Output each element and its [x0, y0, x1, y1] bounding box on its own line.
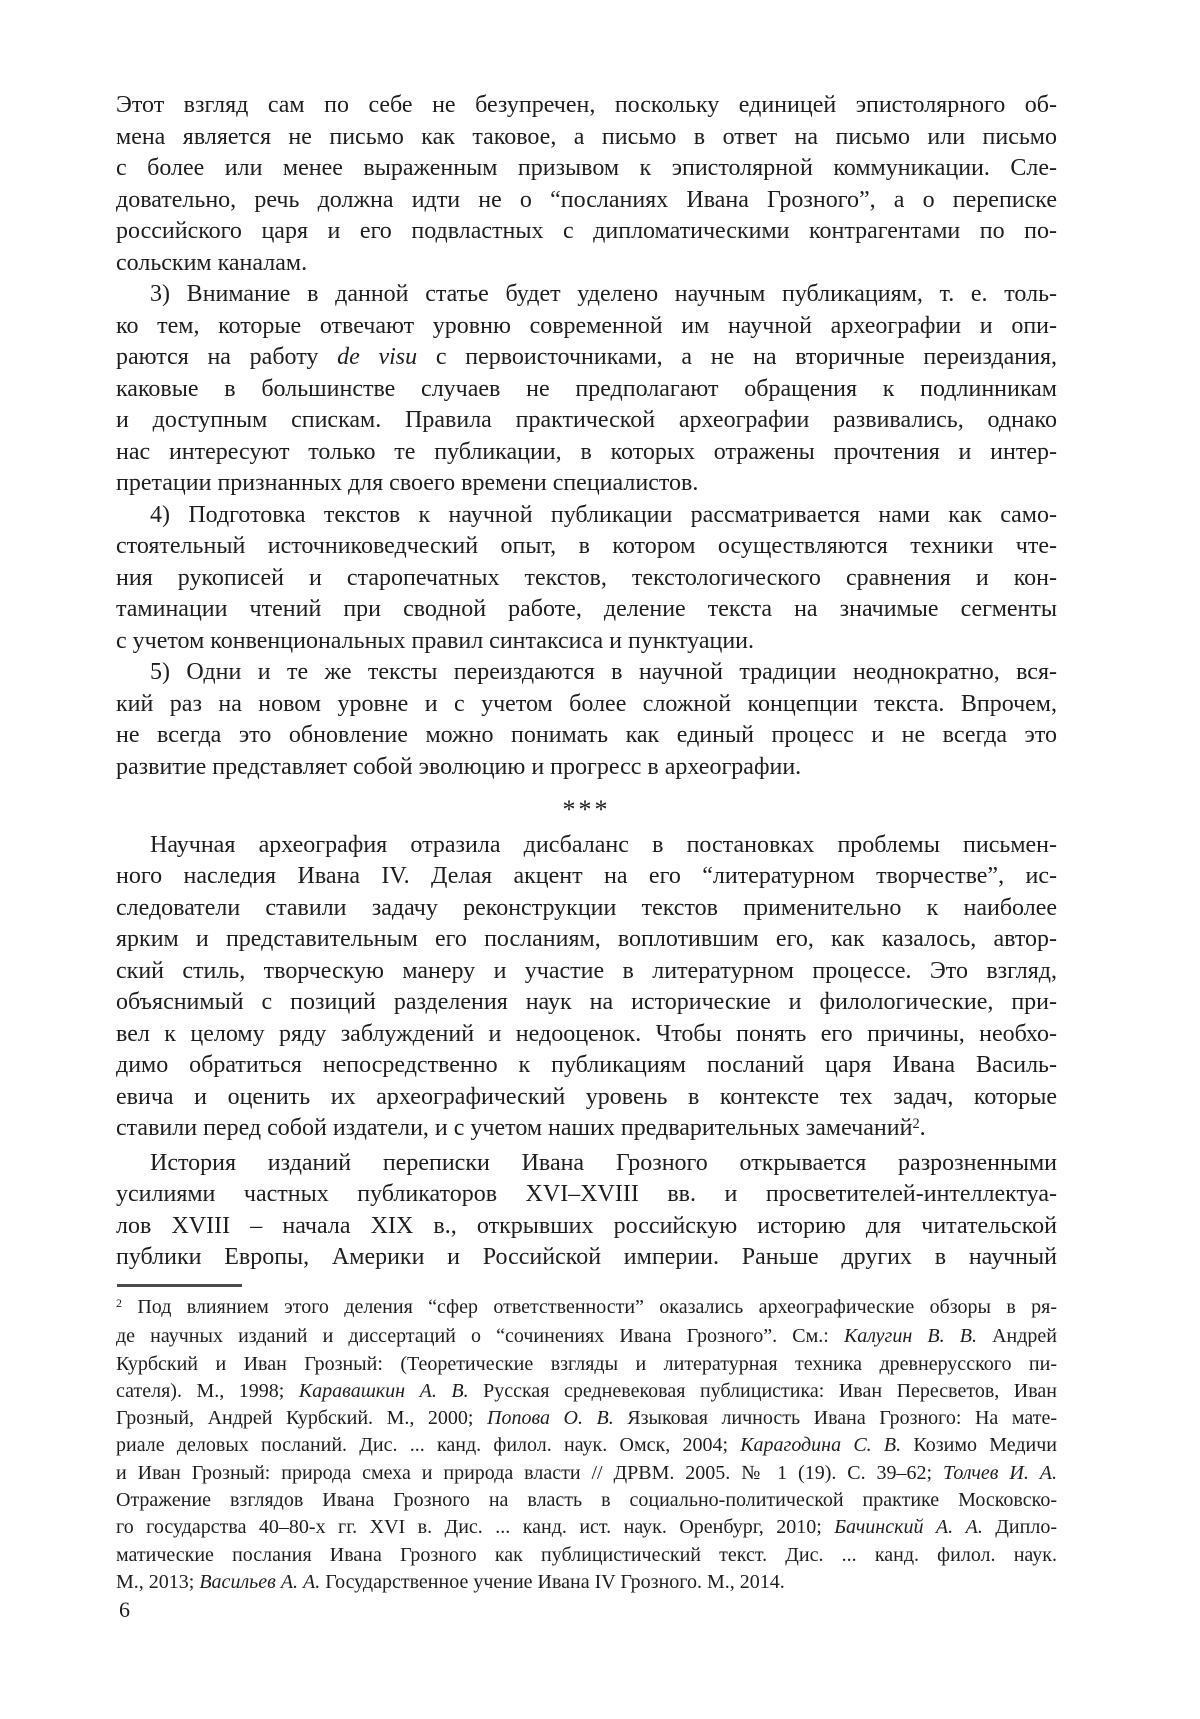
- text-segment: Научная археография отразила дисбаланс в…: [150, 832, 1057, 858]
- text-line: каковые в большинстве случаев не предпол…: [116, 374, 1057, 406]
- text-segment: мена является не письмо как таковое, а п…: [116, 124, 1057, 150]
- text-segment: М., 2013;: [116, 1571, 199, 1593]
- text-segment: Бачинский А. А.: [834, 1516, 983, 1538]
- text-segment: Каравашкин А. В.: [299, 1380, 469, 1402]
- footnote: 2 Под влиянием этого деления “сфер ответ…: [116, 1294, 1057, 1596]
- text-line: сольским каналам.: [116, 248, 1057, 280]
- footnote-line: го государства 40–80-х гг. XVI в. Дис. .…: [116, 1514, 1057, 1541]
- text-segment: Этот взгляд сам по себе не безупречен, п…: [116, 92, 1057, 118]
- text-segment: Попова О. В.: [487, 1407, 614, 1429]
- text-segment: 3) Внимание в данной статье будет уделен…: [150, 281, 1057, 307]
- text-line: Научная археография отразила дисбаланс в…: [116, 830, 1057, 862]
- text-segment: Андрей: [977, 1325, 1057, 1347]
- text-line: претации признанных для своего времени с…: [116, 468, 1057, 500]
- text-segment: усилиями частных публикаторов XVI–XVIII …: [116, 1181, 1057, 1207]
- text-line: 5) Одни и те же тексты переиздаются в на…: [116, 657, 1057, 689]
- footnote-line: Курбский и Иван Грозный: (Теоретические …: [116, 1351, 1057, 1378]
- text-segment: ярким и представительным его посланиям, …: [116, 926, 1057, 952]
- text-line: таминации чтений при сводной работе, дел…: [116, 594, 1057, 626]
- text-segment: Васильев А. А.: [199, 1571, 320, 1593]
- paragraph: 5) Одни и те же тексты переиздаются в на…: [116, 657, 1057, 783]
- footnote-line: сателя). М., 1998; Каравашкин А. В. Русс…: [116, 1378, 1057, 1405]
- text-segment: ного наследия Ивана IV. Делая акцент на …: [116, 863, 1057, 889]
- book-page: Этот взгляд сам по себе не безупречен, п…: [0, 0, 1200, 1719]
- text-segment: Калугин В. В.: [844, 1325, 977, 1347]
- text-line: Этот взгляд сам по себе не безупречен, п…: [116, 90, 1057, 122]
- paragraph: 3) Внимание в данной статье будет уделен…: [116, 279, 1057, 500]
- footnote-line: де научных изданий и диссертаций о “сочи…: [116, 1323, 1057, 1350]
- text-segment: 4) Подготовка текстов к научной публикац…: [150, 502, 1057, 528]
- footnote-line: Отражение взглядов Ивана Грозного на вла…: [116, 1487, 1057, 1514]
- text-segment: таминации чтений при сводной работе, дел…: [116, 596, 1057, 622]
- text-segment: 5) Одни и те же тексты переиздаются в на…: [150, 659, 1057, 685]
- text-line: довательно, речь должна идти не о “посла…: [116, 185, 1057, 217]
- text-segment: Языковая личность Ивана Грозного: На мат…: [614, 1407, 1057, 1429]
- paragraph: Этот взгляд сам по себе не безупречен, п…: [116, 90, 1057, 279]
- text-line: публики Европы, Америки и Российской имп…: [116, 1242, 1057, 1274]
- footnote-line: риале деловых посланий. Дис. ... канд. ф…: [116, 1432, 1057, 1459]
- text-segment: развитие представляет собой эволюцию и п…: [116, 754, 801, 780]
- text-line: ного наследия Ивана IV. Делая акцент на …: [116, 861, 1057, 893]
- text-line: ставили перед собой издатели, и с учетом…: [116, 1113, 1057, 1148]
- text-segment: Государственное учение Ивана IV Грозного…: [320, 1571, 785, 1593]
- text-line: История изданий переписки Ивана Грозного…: [116, 1148, 1057, 1180]
- text-line: ко тем, которые отвечают уровню современ…: [116, 311, 1057, 343]
- text-segment: объяснимый с позиций разделения наук на …: [116, 989, 1057, 1015]
- text-line: и доступным спискам. Правила практическо…: [116, 405, 1057, 437]
- text-segment: следователи ставили задачу реконструкции…: [116, 895, 1057, 921]
- text-line: ния рукописей и старопечатных текстов, т…: [116, 563, 1057, 595]
- text-segment: Дипло-: [983, 1516, 1057, 1538]
- text-segment: ния рукописей и старопечатных текстов, т…: [116, 565, 1057, 591]
- text-segment: Курбский и Иван Грозный: (Теоретические …: [116, 1353, 1057, 1375]
- text-segment: публики Европы, Америки и Российской имп…: [116, 1244, 1057, 1270]
- text-segment: и Иван Грозный: природа смеха и природа …: [116, 1462, 943, 1484]
- text-segment: Карагодина С. В.: [740, 1434, 901, 1456]
- text-line: ярким и представительным его посланиям, …: [116, 924, 1057, 956]
- text-segment: не всегда это обновление можно понимать …: [116, 722, 1057, 748]
- paragraph: Научная археография отразила дисбаланс в…: [116, 830, 1057, 1148]
- paragraph: История изданий переписки Ивана Грозного…: [116, 1148, 1057, 1274]
- text-line: развитие представляет собой эволюцию и п…: [116, 752, 1057, 784]
- text-line: с учетом конвенциональных правил синтакс…: [116, 626, 1057, 658]
- text-segment: с более или менее выраженным призывом к …: [116, 155, 1057, 181]
- text-segment: евича и оценить их археографический уров…: [116, 1084, 1057, 1110]
- text-line: кий раз на новом уровне и с учетом более…: [116, 689, 1057, 721]
- footnote-line: матические послания Ивана Грозного как п…: [116, 1542, 1057, 1569]
- text-line: объяснимый с позиций разделения наук на …: [116, 987, 1057, 1019]
- page-number: 6: [119, 1598, 130, 1622]
- text-line: российского царя и его подвластных с дип…: [116, 216, 1057, 248]
- text-segment: ставили перед собой издатели, и с учетом…: [116, 1115, 912, 1141]
- text-line: мена является не письмо как таковое, а п…: [116, 122, 1057, 154]
- text-segment: История изданий переписки Ивана Грозного…: [150, 1150, 1057, 1176]
- text-segment: с учетом конвенциональных правил синтакс…: [116, 628, 754, 654]
- text-segment: и доступным спискам. Правила практическо…: [116, 407, 1057, 433]
- text-segment: Отражение взглядов Ивана Грозного на вла…: [116, 1489, 1057, 1511]
- text-segment: российского царя и его подвластных с дип…: [116, 218, 1057, 244]
- text-segment: раются на работу: [116, 344, 337, 370]
- text-segment: стоятельный источниковедческий опыт, в к…: [116, 533, 1057, 559]
- footnote-rule: [117, 1284, 242, 1287]
- text-segment: нас интересуют только те публикации, в к…: [116, 439, 1057, 465]
- text-line: с более или менее выраженным призывом к …: [116, 153, 1057, 185]
- text-segment: сольским каналам.: [116, 250, 307, 276]
- main-text: Этот взгляд сам по себе не безупречен, п…: [116, 90, 1057, 1274]
- footnote-line: и Иван Грозный: природа смеха и природа …: [116, 1460, 1057, 1487]
- text-segment: го государства 40–80-х гг. XVI в. Дис. .…: [116, 1516, 834, 1538]
- text-line: лов XVIII – начала XIX в., открывших рос…: [116, 1211, 1057, 1243]
- text-segment: Козимо Медичи: [901, 1434, 1057, 1456]
- text-segment: каковые в большинстве случаев не предпол…: [116, 376, 1057, 402]
- text-line: стоятельный источниковедческий опыт, в к…: [116, 531, 1057, 563]
- text-segment: Под влиянием этого деления “сфер ответст…: [122, 1296, 1057, 1318]
- text-line: следователи ставили задачу реконструкции…: [116, 893, 1057, 925]
- text-line: 4) Подготовка текстов к научной публикац…: [116, 500, 1057, 532]
- text-segment: Грозный, Андрей Курбский. М., 2000;: [116, 1407, 487, 1429]
- text-line: нас интересуют только те публикации, в к…: [116, 437, 1057, 469]
- text-segment: вел к целому ряду заблуждений и недооцен…: [116, 1021, 1057, 1047]
- text-line: евича и оценить их археографический уров…: [116, 1082, 1057, 1114]
- footnote-line: 2 Под влиянием этого деления “сфер ответ…: [116, 1294, 1057, 1323]
- text-line: не всегда это обновление можно понимать …: [116, 720, 1057, 752]
- text-line: вел к целому ряду заблуждений и недооцен…: [116, 1019, 1057, 1051]
- text-segment: ко тем, которые отвечают уровню современ…: [116, 313, 1057, 339]
- text-segment: претации признанных для своего времени с…: [116, 470, 698, 496]
- text-segment: лов XVIII – начала XIX в., открывших рос…: [116, 1213, 1057, 1239]
- footnote-line: М., 2013; Васильев А. А. Государственное…: [116, 1569, 1057, 1596]
- text-line: димо обратиться непосредственно к публик…: [116, 1050, 1057, 1082]
- text-segment: Толчев И. А.: [943, 1462, 1057, 1484]
- text-line: 3) Внимание в данной статье будет уделен…: [116, 279, 1057, 311]
- text-line: раются на работу de visu с первоисточник…: [116, 342, 1057, 374]
- footnote-line: Грозный, Андрей Курбский. М., 2000; Попо…: [116, 1405, 1057, 1432]
- text-segment: риале деловых посланий. Дис. ... канд. ф…: [116, 1434, 740, 1456]
- text-segment: Русская средневековая публицистика: Иван…: [469, 1380, 1057, 1402]
- text-segment: сателя). М., 1998;: [116, 1380, 299, 1402]
- text-segment: ский стиль, творческую манеру и участие …: [116, 958, 1057, 984]
- text-segment: димо обратиться непосредственно к публик…: [116, 1052, 1057, 1078]
- paragraph: 4) Подготовка текстов к научной публикац…: [116, 500, 1057, 658]
- footnote-reference: 2: [116, 1296, 122, 1310]
- text-segment: довательно, речь должна идти не о “посла…: [116, 187, 1057, 213]
- text-segment: с первоисточниками, а не на вторичные пе…: [417, 344, 1057, 370]
- text-segment: .: [920, 1115, 926, 1141]
- text-segment: кий раз на новом уровне и с учетом более…: [116, 691, 1057, 717]
- section-separator: ***: [116, 794, 1057, 826]
- text-segment: матические послания Ивана Грозного как п…: [116, 1544, 1057, 1566]
- text-line: ский стиль, творческую манеру и участие …: [116, 956, 1057, 988]
- text-line: усилиями частных публикаторов XVI–XVIII …: [116, 1179, 1057, 1211]
- text-segment: де научных изданий и диссертаций о “сочи…: [116, 1325, 844, 1347]
- footnote-reference: 2: [912, 1116, 919, 1132]
- text-segment: de visu: [337, 344, 417, 370]
